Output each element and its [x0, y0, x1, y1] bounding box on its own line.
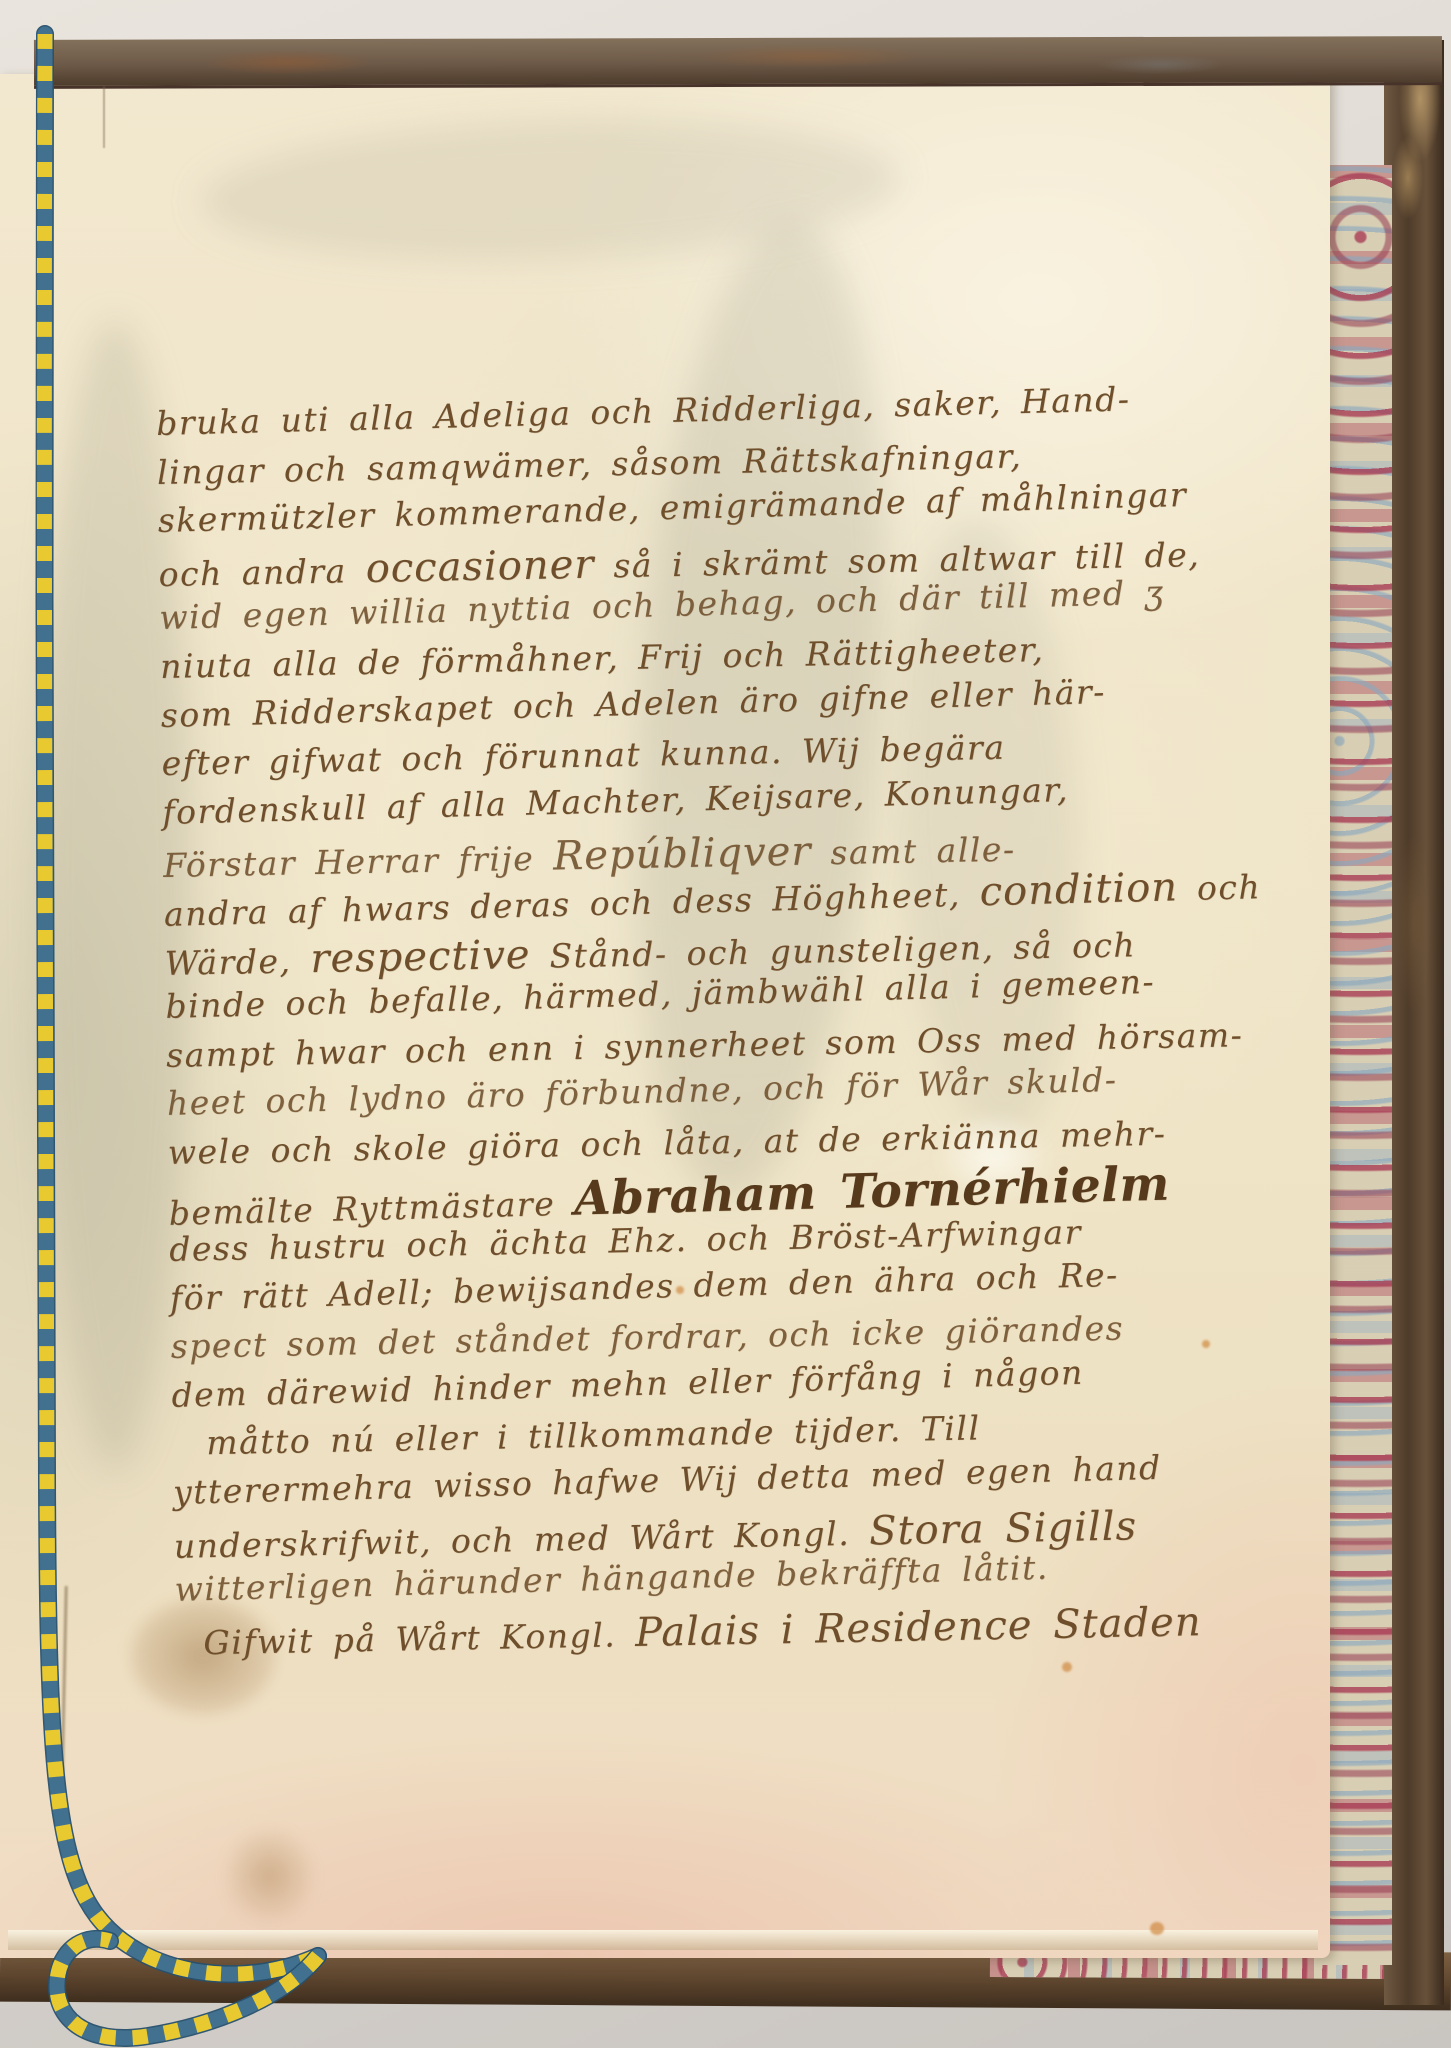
text-segment: och andra: [158, 551, 366, 594]
text-segment: Palais i Residence Staden: [635, 1599, 1202, 1656]
text-segment: Förstar Herrar frije: [163, 839, 554, 885]
manuscript-text-block: bruka uti alla Adeliga och Ridderliga, s…: [156, 389, 1136, 1667]
text-segment: Repúbliqver: [553, 829, 812, 880]
leather-top-edge: [34, 36, 1442, 89]
text-segment: och: [1178, 867, 1262, 908]
text-segment: respective: [310, 931, 531, 981]
marbled-endpaper-right: [1322, 165, 1392, 1965]
text-segment: Wärde,: [164, 941, 310, 983]
page-bottom-edge: [8, 1930, 1318, 1950]
text-segment: samt alle-: [811, 830, 1016, 873]
text-segment: occasioner: [365, 541, 595, 591]
leather-right-edge: [1384, 40, 1444, 2005]
text-segment: condition: [979, 864, 1178, 915]
text-segment: Gifwit på Wårt Kongl.: [203, 1615, 635, 1662]
